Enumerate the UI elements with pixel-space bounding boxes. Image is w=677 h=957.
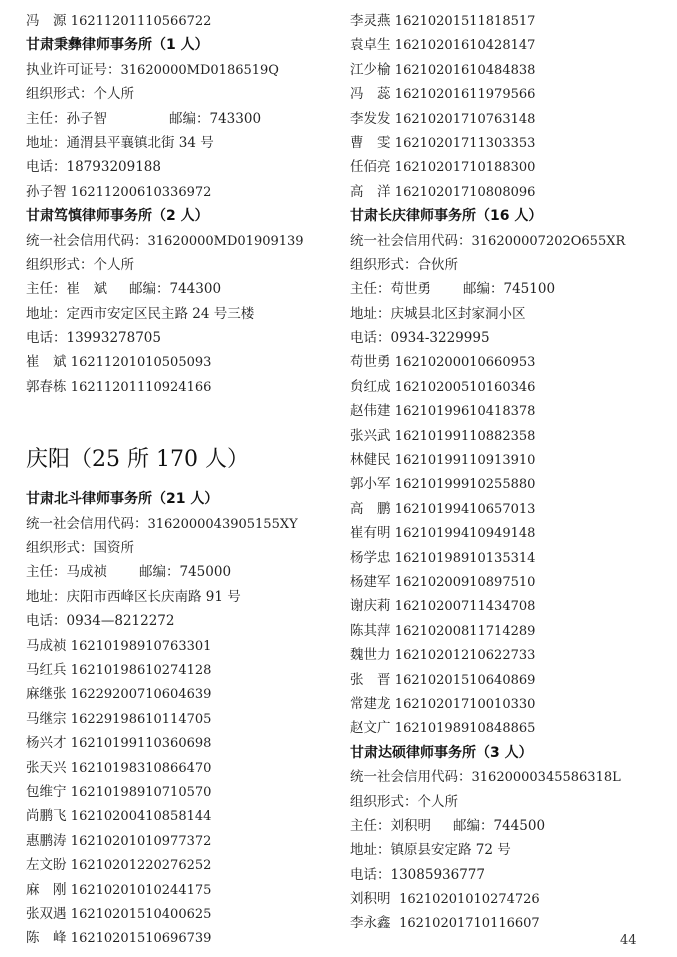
lawyer-license: 16210200910897510 <box>395 575 536 590</box>
firm-changqing: 甘肃长庆律师事务所（16 人） 统一社会信用代码：316200007202O65… <box>350 204 670 741</box>
lawyer-name: 冯 源 <box>26 13 67 29</box>
lawyer-license: 16210198910848865 <box>395 721 536 736</box>
lawyer-entry: 高 洋 16210201710808096 <box>350 180 670 204</box>
address-label: 地址： <box>26 589 67 605</box>
lawyer-license: 16210200811714289 <box>395 624 536 639</box>
lawyer-license: 16210199610418378 <box>395 404 536 419</box>
lawyer-entry: 杨学忠 16210198910135314 <box>350 546 670 570</box>
postcode-value: 745000 <box>180 564 232 580</box>
phone-label: 电话： <box>26 613 67 629</box>
director-label: 主任： <box>26 111 67 127</box>
lawyer-entry: 惠鹏涛 16210201010977372 <box>26 829 336 853</box>
lawyer-name: 马继宗 <box>26 711 67 727</box>
lawyer-name: 崔 斌 <box>26 354 67 370</box>
lawyer-license: 16210201711303353 <box>395 136 536 151</box>
lawyer-entry: 冯 蕊 16210201611979566 <box>350 82 670 106</box>
id-value: 31620000MD01909139 <box>148 234 304 249</box>
lawyer-entry: 张双遇 16210201510400625 <box>26 902 336 926</box>
phone-label: 电话： <box>350 330 391 346</box>
lawyer-entry: 苟世勇 16210200010660953 <box>350 350 670 374</box>
lawyer-entry: 刘积明 16210201010274726 <box>350 887 670 911</box>
postcode-label: 邮编： <box>139 564 180 580</box>
lawyer-entry: 赵文广 16210198910848865 <box>350 716 670 740</box>
lawyer-license: 16210201710188300 <box>395 160 536 175</box>
lawyer-name: 李永鑫 <box>350 915 391 931</box>
firm-address-row: 地址：通渭县平襄镇北街 34 号 <box>26 131 336 155</box>
lawyer-name: 马成祯 <box>26 638 67 654</box>
postcode-label: 邮编： <box>129 281 170 297</box>
lawyer-entry: 高 鹏 16210199410657013 <box>350 497 670 521</box>
lawyer-license: 16210201610484838 <box>395 63 536 78</box>
form-value: 个人所 <box>94 86 135 102</box>
lawyer-entry: 李发发 16210201710763148 <box>350 107 670 131</box>
phone-value: 18793209188 <box>67 159 161 175</box>
lawyer-entry: 麻继张 16229200710604639 <box>26 682 336 706</box>
id-value: 316200007202O655XR <box>472 234 626 249</box>
lawyer-entry: 马成祯 16210198910763301 <box>26 634 336 658</box>
lawyer-license: 16210201710763148 <box>395 112 536 127</box>
firm-id-row: 统一社会信用代码：316200007202O655XR <box>350 229 670 253</box>
address-label: 地址： <box>26 135 67 151</box>
lawyer-entry: 魏世力 16210201210622733 <box>350 643 670 667</box>
address-label: 地址： <box>350 306 391 322</box>
lawyer-entry: 林健民 16210199110913910 <box>350 448 670 472</box>
lawyer-entry: 杨建军 16210200910897510 <box>350 570 670 594</box>
lawyer-license: 16210198910710570 <box>71 785 212 800</box>
lawyer-entry: 赵伟建 16210199610418378 <box>350 399 670 423</box>
address-value: 镇原县安定路 72 号 <box>391 842 511 858</box>
firm-address-row: 地址：庆阳市西峰区长庆南路 91 号 <box>26 585 336 609</box>
lawyer-name: 冯 蕊 <box>350 86 391 102</box>
director-label: 主任： <box>26 281 67 297</box>
lawyer-license: 16210199410657013 <box>395 502 536 517</box>
lawyer-license: 16210198910135314 <box>395 551 536 566</box>
lawyer-name: 杨兴才 <box>26 735 67 751</box>
lawyer-entry: 江少榆 16210201610484838 <box>350 58 670 82</box>
id-label: 统一社会信用代码： <box>26 233 148 249</box>
postcode-value: 744500 <box>494 818 546 834</box>
lawyer-name: 杨建军 <box>350 574 391 590</box>
lawyer-license: 16210200711434708 <box>395 599 536 614</box>
form-value: 个人所 <box>94 257 135 273</box>
lawyer-license: 16211201010505093 <box>71 355 212 370</box>
phone-value: 0934-3229995 <box>391 330 490 346</box>
lawyer-entry: 郭春栋 16211201110924166 <box>26 375 336 399</box>
firm-beidou: 甘肃北斗律师事务所（21 人） 统一社会信用代码：316200004390515… <box>26 487 336 950</box>
lawyer-license: 16210201710116607 <box>399 916 540 931</box>
firm-id-row: 统一社会信用代码：31620000MD01909139 <box>26 229 336 253</box>
phone-label: 电话： <box>26 159 67 175</box>
id-label: 统一社会信用代码： <box>350 233 472 249</box>
lawyer-list: 苟世勇 16210200010660953 贠红成 16210200510160… <box>350 350 670 740</box>
lawyer-entry: 马继宗 16229198610114705 <box>26 707 336 731</box>
lawyer-entry: 崔 斌 16211201010505093 <box>26 350 336 374</box>
lawyer-name: 张双遇 <box>26 906 67 922</box>
phone-value: 0934—8212272 <box>67 613 175 629</box>
director-label: 主任： <box>350 818 391 834</box>
lawyer-license: 16210199110882358 <box>395 429 536 444</box>
firm-bingyi: 甘肃秉彝律师事务所（1 人） 执业许可证号：31620000MD0186519Q… <box>26 33 336 204</box>
firm-phone-row: 电话：13993278705 <box>26 326 336 350</box>
id-value: 3162000043905155XY <box>148 517 298 532</box>
firm-title: 甘肃达硕律师事务所（3 人） <box>350 741 670 765</box>
lawyer-license: 16210199410949148 <box>395 526 536 541</box>
id-label: 统一社会信用代码： <box>26 516 148 532</box>
firm-title: 甘肃笃慎律师事务所（2 人） <box>26 204 336 228</box>
form-label: 组织形式： <box>26 257 94 273</box>
firm-director-row: 主任：刘积明邮编：744500 <box>350 814 670 838</box>
lawyer-entry: 包维宁 16210198910710570 <box>26 780 336 804</box>
lawyer-license: 16210198310866470 <box>71 761 212 776</box>
lawyer-name: 贠红成 <box>350 379 391 395</box>
lawyer-license: 16210199910255880 <box>395 477 536 492</box>
firm-director-row: 主任：崔 斌邮编：744300 <box>26 277 336 301</box>
firm-address-row: 地址：定西市安定区民主路 24 号三楼 <box>26 302 336 326</box>
lawyer-name: 尚鹏飞 <box>26 808 67 824</box>
lawyer-entry: 袁卓生 16210201610428147 <box>350 33 670 57</box>
address-label: 地址： <box>26 306 67 322</box>
lawyer-name: 常建龙 <box>350 696 391 712</box>
lawyer-name: 杨学忠 <box>350 550 391 566</box>
lawyer-name: 高 鹏 <box>350 501 391 517</box>
director-value: 苟世勇 <box>391 281 432 297</box>
lawyer-license: 16210201510696739 <box>71 931 212 946</box>
lawyer-entry: 左文盼 16210201220276252 <box>26 853 336 877</box>
firm-title: 甘肃北斗律师事务所（21 人） <box>26 487 336 511</box>
lawyer-name: 包维宁 <box>26 784 67 800</box>
form-label: 组织形式： <box>26 86 94 102</box>
lawyer-name: 孙子智 <box>26 184 67 200</box>
postcode-value: 744300 <box>170 281 222 297</box>
address-value: 庆阳市西峰区长庆南路 91 号 <box>67 589 241 605</box>
lawyer-entry: 麻 刚 16210201010244175 <box>26 878 336 902</box>
right-column: 李灵燕 16210201511818517 袁卓生 16210201610428… <box>350 9 670 936</box>
firm-id-row: 执业许可证号：31620000MD0186519Q <box>26 58 336 82</box>
lawyer-entry: 尚鹏飞 16210200410858144 <box>26 804 336 828</box>
id-value: 31620000345586318L <box>472 770 621 785</box>
lawyer-entry: 陈 峰 16210201510696739 <box>26 926 336 950</box>
postcode-label: 邮编： <box>169 111 210 127</box>
firm-form-row: 组织形式：个人所 <box>26 82 336 106</box>
firm-address-row: 地址：镇原县安定路 72 号 <box>350 838 670 862</box>
lawyer-name: 马红兵 <box>26 662 67 678</box>
firm-form-row: 组织形式：个人所 <box>350 790 670 814</box>
region-heading: 庆阳（25 所 170 人） <box>26 445 336 475</box>
firm-id-row: 统一社会信用代码：31620000345586318L <box>350 765 670 789</box>
lawyer-name: 郭春栋 <box>26 379 67 395</box>
firm-phone-row: 电话：18793209188 <box>26 155 336 179</box>
lawyer-name: 谢庆莉 <box>350 598 391 614</box>
phone-value: 13085936777 <box>391 867 485 883</box>
phone-value: 13993278705 <box>67 330 161 346</box>
lawyer-name: 赵文广 <box>350 720 391 736</box>
lawyer-name: 袁卓生 <box>350 37 391 53</box>
lawyer-license: 16210201510640869 <box>395 673 536 688</box>
firm-phone-row: 电话：0934—8212272 <box>26 609 336 633</box>
lawyer-name: 陈 峰 <box>26 930 67 946</box>
lawyer-name: 麻继张 <box>26 686 67 702</box>
lawyer-entry: 谢庆莉 16210200711434708 <box>350 594 670 618</box>
postcode-value: 745100 <box>504 281 556 297</box>
id-label: 统一社会信用代码： <box>350 769 472 785</box>
lawyer-license: 16210201010274726 <box>399 892 540 907</box>
lawyer-license: 16229200710604639 <box>71 687 212 702</box>
lawyer-entry: 崔有明 16210199410949148 <box>350 521 670 545</box>
lawyer-entry: 张兴武 16210199110882358 <box>350 424 670 448</box>
postcode-label: 邮编： <box>463 281 504 297</box>
lawyer-entry: 李灵燕 16210201511818517 <box>350 9 670 33</box>
form-value: 合伙所 <box>418 257 459 273</box>
lawyer-name: 任佰亮 <box>350 159 391 175</box>
lawyer-license: 16210201010244175 <box>71 883 212 898</box>
firm-address-row: 地址：庆城县北区封家洞小区 <box>350 302 670 326</box>
lawyer-name: 李灵燕 <box>350 13 391 29</box>
lawyer-license: 16210201220276252 <box>71 858 212 873</box>
lawyer-license: 16210201010977372 <box>71 834 212 849</box>
page-number: 44 <box>620 933 637 948</box>
lawyer-name: 郭小军 <box>350 476 391 492</box>
lawyer-name: 刘积明 <box>350 891 391 907</box>
address-value: 定西市安定区民主路 24 号三楼 <box>67 306 255 322</box>
lawyer-license: 16210198910763301 <box>71 639 212 654</box>
lawyer-license: 16210200410858144 <box>71 809 212 824</box>
lawyer-name: 惠鹏涛 <box>26 833 67 849</box>
lawyer-license: 16210201710010330 <box>395 697 536 712</box>
lawyer-list: 马成祯 16210198910763301 马红兵 16210198610274… <box>26 634 336 951</box>
lawyer-entry: 陈其萍 16210200811714289 <box>350 619 670 643</box>
form-value: 国资所 <box>94 540 135 556</box>
lawyer-entry: 冯 源 16211201110566722 <box>26 9 336 33</box>
lawyer-entry: 杨兴才 16210199110360698 <box>26 731 336 755</box>
director-value: 马成祯 <box>67 564 108 580</box>
firm-director-row: 主任：孙子智邮编：743300 <box>26 107 336 131</box>
lawyer-license: 16210201710808096 <box>395 185 536 200</box>
form-label: 组织形式： <box>350 257 418 273</box>
lawyer-entry: 马红兵 16210198610274128 <box>26 658 336 682</box>
lawyer-name: 苟世勇 <box>350 354 391 370</box>
lawyer-license: 16210201610428147 <box>395 38 536 53</box>
lawyer-name: 张 晋 <box>350 672 391 688</box>
lawyer-name: 张天兴 <box>26 760 67 776</box>
lawyer-name: 左文盼 <box>26 857 67 873</box>
director-value: 刘积明 <box>391 818 432 834</box>
director-value: 孙子智 <box>67 111 108 127</box>
lawyer-name: 林健民 <box>350 452 391 468</box>
postcode-label: 邮编： <box>453 818 494 834</box>
lawyer-name: 陈其萍 <box>350 623 391 639</box>
lawyer-name: 赵伟建 <box>350 403 391 419</box>
id-value: 31620000MD0186519Q <box>121 63 279 78</box>
phone-label: 电话： <box>350 867 391 883</box>
lawyer-license: 16210200010660953 <box>395 355 536 370</box>
lawyer-name: 高 洋 <box>350 184 391 200</box>
firm-form-row: 组织形式：合伙所 <box>350 253 670 277</box>
lawyer-name: 魏世力 <box>350 647 391 663</box>
lawyer-name: 曹 雯 <box>350 135 391 151</box>
lawyer-license: 16210201510400625 <box>71 907 212 922</box>
lawyer-name: 江少榆 <box>350 62 391 78</box>
address-label: 地址： <box>350 842 391 858</box>
director-value: 崔 斌 <box>67 281 108 297</box>
lawyer-license: 16210199110913910 <box>395 453 536 468</box>
address-value: 庆城县北区封家洞小区 <box>391 306 526 322</box>
lawyer-license: 16211200610336972 <box>71 185 212 200</box>
firm-phone-row: 电话：13085936777 <box>350 863 670 887</box>
left-column: 冯 源 16211201110566722 甘肃秉彝律师事务所（1 人） 执业许… <box>26 9 336 951</box>
lawyer-name: 李发发 <box>350 111 391 127</box>
lawyer-entry: 张 晋 16210201510640869 <box>350 668 670 692</box>
lawyer-entry: 常建龙 16210201710010330 <box>350 692 670 716</box>
id-label: 执业许可证号： <box>26 62 121 78</box>
firm-director-row: 主任：马成祯邮编：745000 <box>26 560 336 584</box>
form-label: 组织形式： <box>26 540 94 556</box>
form-value: 个人所 <box>418 794 459 810</box>
firm-form-row: 组织形式：国资所 <box>26 536 336 560</box>
lawyer-entry: 任佰亮 16210201710188300 <box>350 155 670 179</box>
address-value: 通渭县平襄镇北街 34 号 <box>67 135 214 151</box>
phone-label: 电话： <box>26 330 67 346</box>
lawyer-license: 16210201511818517 <box>395 14 536 29</box>
firm-director-row: 主任：苟世勇邮编：745100 <box>350 277 670 301</box>
lawyer-entry: 郭小军 16210199910255880 <box>350 472 670 496</box>
firm-id-row: 统一社会信用代码：3162000043905155XY <box>26 512 336 536</box>
firm-duzhen: 甘肃笃慎律师事务所（2 人） 统一社会信用代码：31620000MD019091… <box>26 204 336 399</box>
lawyer-license: 16210199110360698 <box>71 736 212 751</box>
firm-phone-row: 电话：0934-3229995 <box>350 326 670 350</box>
lawyer-license: 16229198610114705 <box>71 712 212 727</box>
firm-title: 甘肃秉彝律师事务所（1 人） <box>26 33 336 57</box>
postcode-value: 743300 <box>210 111 262 127</box>
lawyer-name: 张兴武 <box>350 428 391 444</box>
beidou-lawyer-list-continued: 李灵燕 16210201511818517 袁卓生 16210201610428… <box>350 9 670 204</box>
lawyer-name: 崔有明 <box>350 525 391 541</box>
lawyer-entry: 贠红成 16210200510160346 <box>350 375 670 399</box>
lawyer-license: 16211201110924166 <box>71 380 212 395</box>
lawyer-license: 16210200510160346 <box>395 380 536 395</box>
lawyer-entry: 张天兴 16210198310866470 <box>26 756 336 780</box>
lawyer-license: 16210201210622733 <box>395 648 536 663</box>
director-label: 主任： <box>350 281 391 297</box>
director-label: 主任： <box>26 564 67 580</box>
form-label: 组织形式： <box>350 794 418 810</box>
lawyer-entry: 孙子智 16211200610336972 <box>26 180 336 204</box>
firm-form-row: 组织形式：个人所 <box>26 253 336 277</box>
firm-dashuo: 甘肃达硕律师事务所（3 人） 统一社会信用代码：3162000034558631… <box>350 741 670 936</box>
firm-title: 甘肃长庆律师事务所（16 人） <box>350 204 670 228</box>
lawyer-license: 16210201611979566 <box>395 87 536 102</box>
lawyer-license: 16211201110566722 <box>71 14 212 29</box>
lawyer-entry: 曹 雯 16210201711303353 <box>350 131 670 155</box>
lawyer-name: 麻 刚 <box>26 882 67 898</box>
lawyer-license: 16210198610274128 <box>71 663 212 678</box>
